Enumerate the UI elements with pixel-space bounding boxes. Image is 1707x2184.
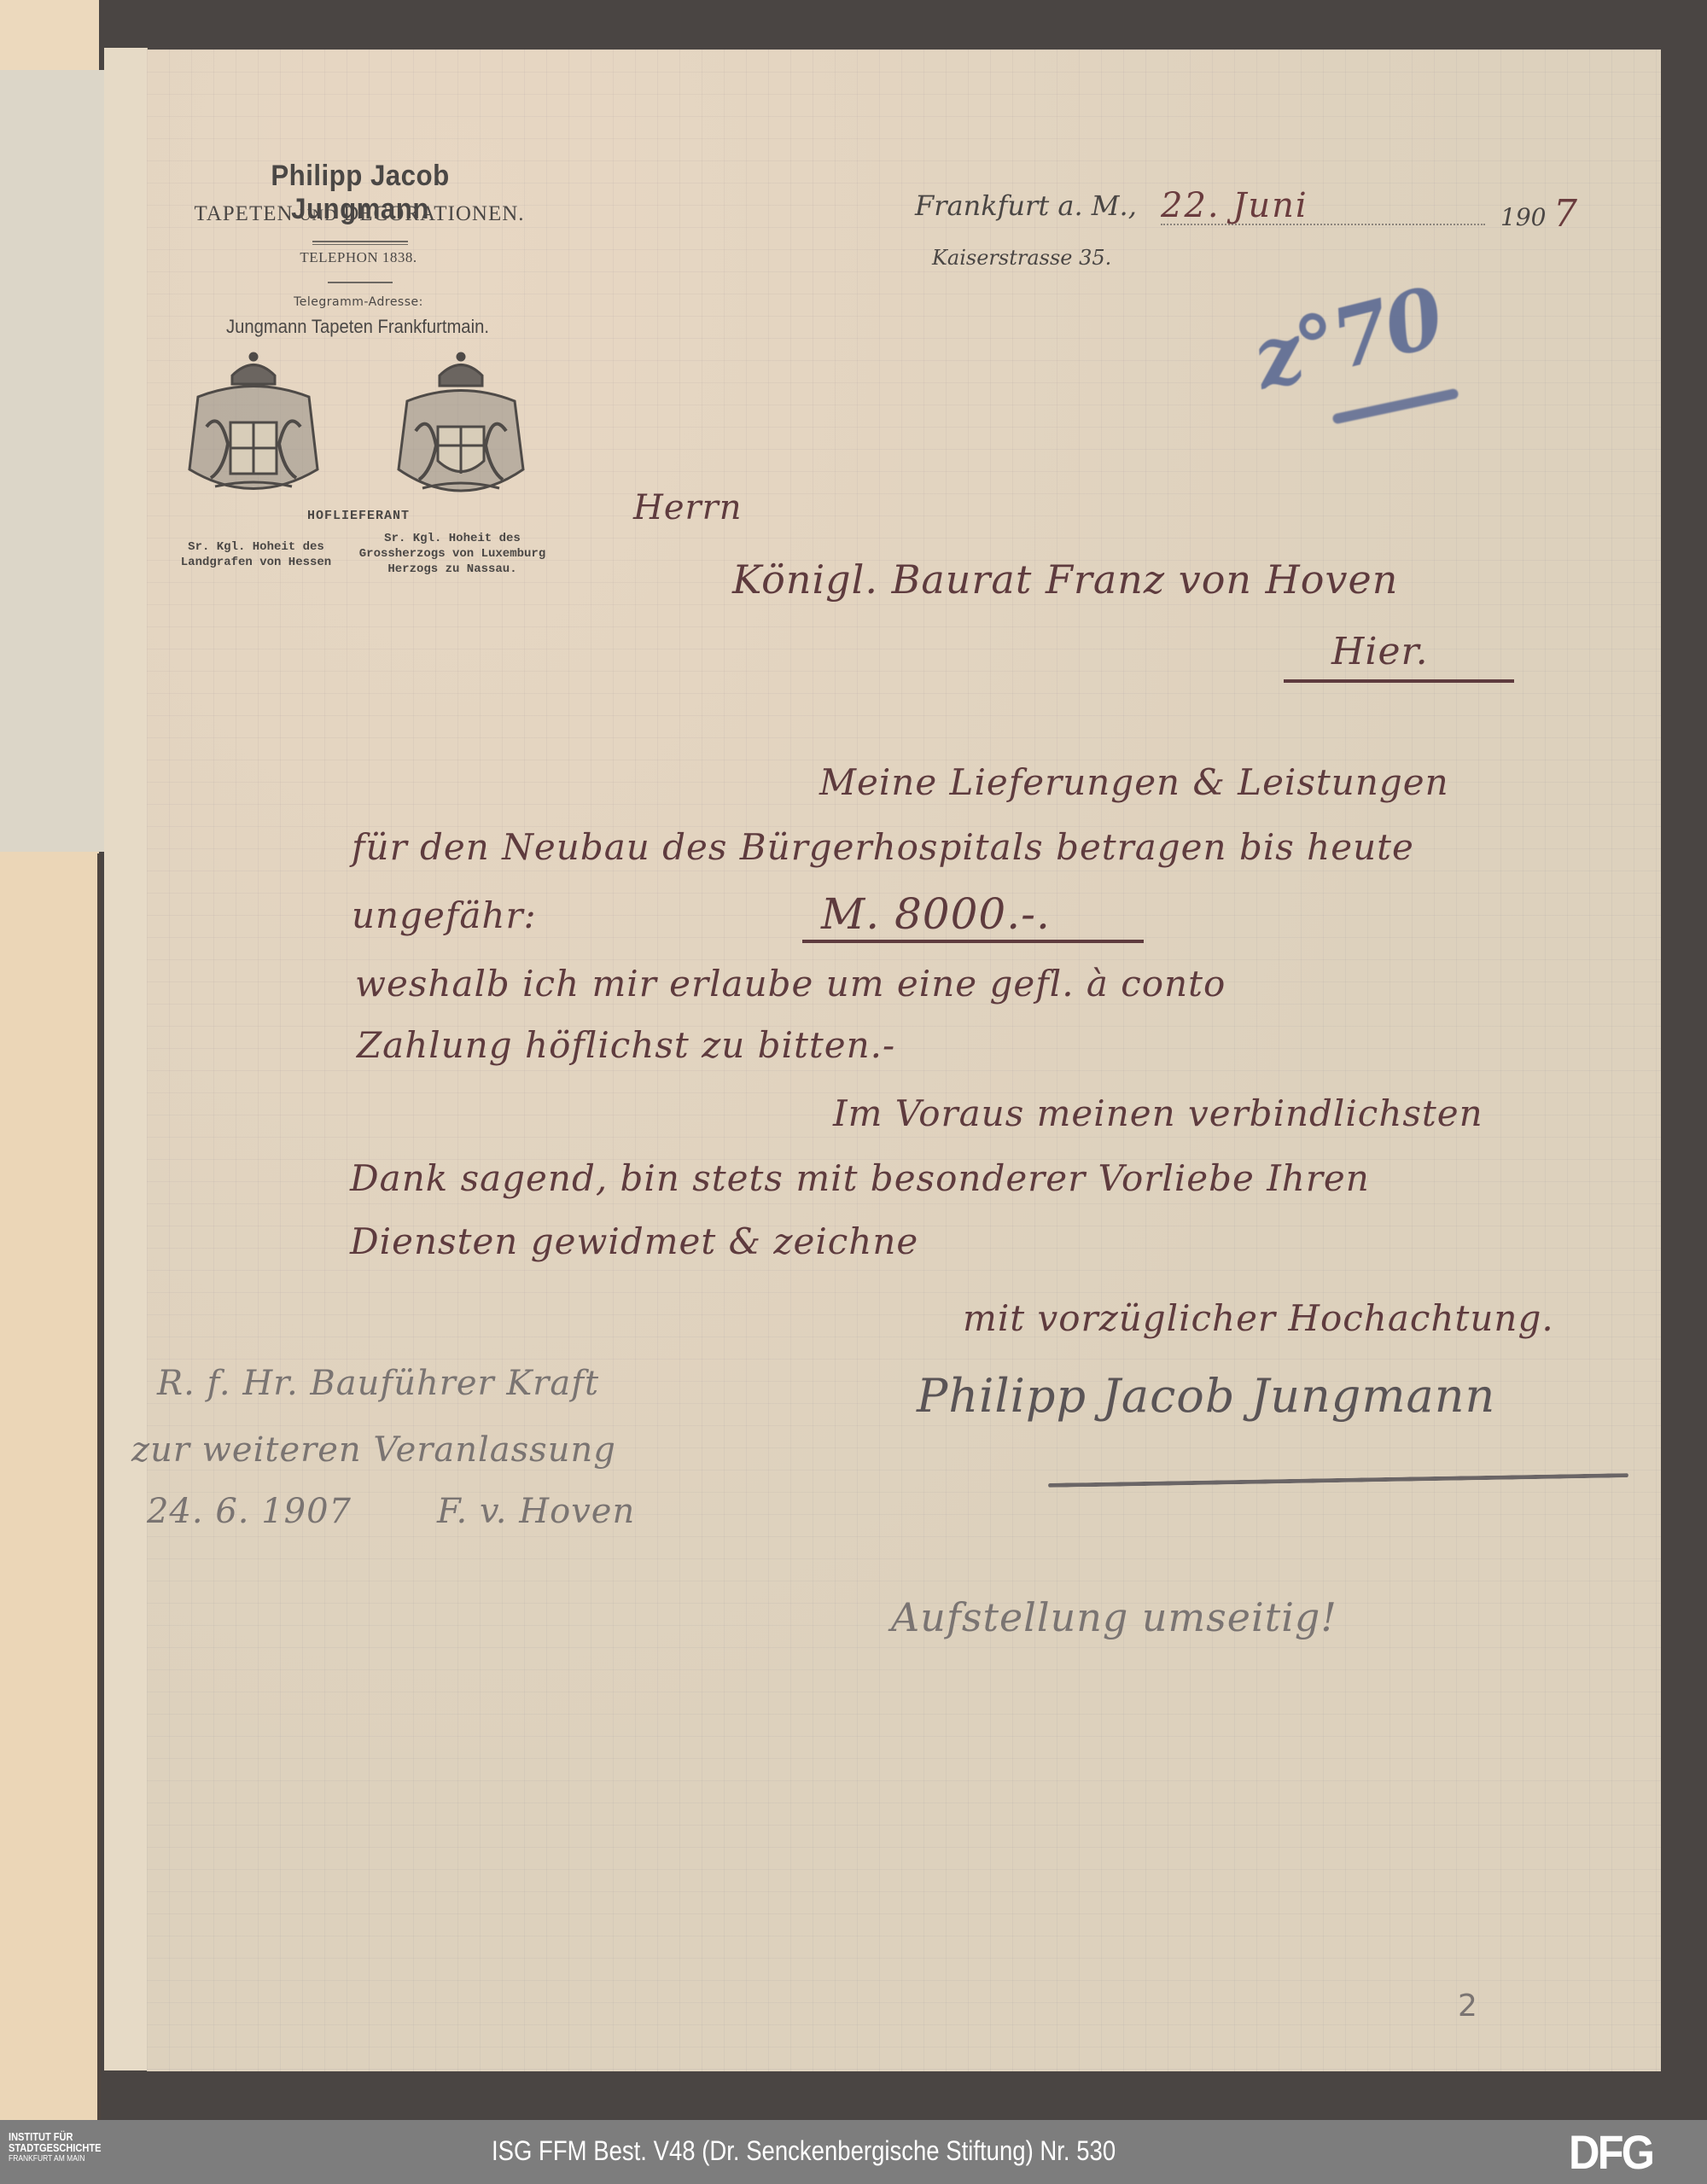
trade-line: TAPETEN UND DECORATIONEN. bbox=[159, 202, 560, 226]
appointment-left: Sr. Kgl. Hoheit des Landgrafen von Hesse… bbox=[162, 539, 350, 570]
trade-line-und: UND bbox=[300, 207, 337, 224]
recipient-underline bbox=[1284, 679, 1514, 683]
closing: mit vorzüglicher Hochachtung. bbox=[963, 1297, 1554, 1339]
letterhead-rule-2 bbox=[328, 282, 393, 283]
pencil-note-line-1: R. f. Hr. Bauführer Kraft bbox=[157, 1364, 599, 1403]
body-line-2: für den Neubau des Bürgerhospitals betra… bbox=[352, 826, 1414, 868]
body-line-8: Diensten gewidmet & zeichne bbox=[350, 1220, 918, 1262]
place-printed: Frankfurt a. M., bbox=[915, 189, 1137, 222]
coat-of-arms-hessen-icon bbox=[181, 350, 326, 504]
pencil-note-line-2: zur weiteren Veranlassung bbox=[131, 1430, 616, 1470]
trade-line-2: DECORATIONEN. bbox=[343, 202, 524, 225]
body-line-5: Zahlung höflichst zu bitten.- bbox=[357, 1024, 895, 1066]
page-number: 2 bbox=[1458, 1989, 1478, 2024]
letterhead-rule-1b bbox=[312, 244, 408, 245]
trade-line-1: TAPETEN bbox=[194, 202, 293, 225]
signature: Philipp Jacob Jungmann bbox=[917, 1369, 1495, 1423]
year-printed: 190 bbox=[1500, 203, 1546, 231]
year-handwritten: 7 bbox=[1553, 192, 1577, 236]
telegram-address: Jungmann Tapeten Frankfurtmain. bbox=[196, 316, 518, 338]
recipient-location: Hier. bbox=[1331, 630, 1429, 673]
amount-underline bbox=[802, 940, 1144, 943]
street-address: Kaiserstrasse 35. bbox=[932, 246, 1111, 270]
archive-reference-title: ISG FFM Best. V48 (Dr. Senckenbergische … bbox=[492, 2135, 1116, 2167]
dfg-logo-icon: DFG bbox=[1569, 2129, 1652, 2176]
date-handwritten: 22. Juni bbox=[1161, 186, 1308, 225]
coat-of-arms-luxemburg-nassau-icon bbox=[388, 350, 533, 504]
paper-margin-strip bbox=[104, 48, 148, 2070]
appointment-right-line-1: Sr. Kgl. Hoheit des bbox=[350, 531, 555, 546]
underlying-sheet-top bbox=[0, 0, 99, 70]
recipient-name: Königl. Baurat Franz von Hoven bbox=[732, 556, 1398, 603]
appointment-right-line-2: Grossherzogs von Luxemburg bbox=[350, 546, 555, 562]
underlying-sheet-bottom bbox=[0, 852, 99, 2120]
body-line-1: Meine Lieferungen & Leistungen bbox=[819, 761, 1449, 803]
body-line-6: Im Voraus meinen verbindlichsten bbox=[833, 1092, 1483, 1134]
pencil-note-initials: F. v. Hoven bbox=[437, 1492, 635, 1531]
recipient-salutation: Herrn bbox=[633, 488, 743, 527]
telegram-label: Telegramm-Adresse: bbox=[222, 295, 495, 309]
underlying-sheet-gray bbox=[0, 70, 106, 852]
institution-logo: INSTITUT FÜR STADTGESCHICHTE FRANKFURT A… bbox=[9, 2131, 101, 2164]
appointment-left-line-1: Sr. Kgl. Hoheit des bbox=[162, 539, 350, 555]
appointment-left-line-2: Landgrafen von Hessen bbox=[162, 555, 350, 570]
pencil-note-date: 24. 6. 1907 bbox=[147, 1492, 352, 1531]
telephone: TELEPHON 1838. bbox=[256, 249, 461, 266]
body-line-3: ungefähr: bbox=[352, 894, 537, 936]
court-supplier-label: HOFLIEFERANT bbox=[282, 509, 435, 523]
institution-line-3: FRANKFURT AM MAIN bbox=[9, 2153, 101, 2164]
letterhead-rule-1 bbox=[312, 241, 408, 242]
body-line-4: weshalb ich mir erlaube um eine gefl. à … bbox=[355, 963, 1226, 1005]
amount: M. 8000.-. bbox=[821, 889, 1051, 939]
binding-edge bbox=[97, 853, 101, 2120]
institution-line-2: STADTGESCHICHTE bbox=[9, 2142, 101, 2153]
appointment-right-line-3: Herzogs zu Nassau. bbox=[350, 562, 555, 577]
appointment-right: Sr. Kgl. Hoheit des Grossherzogs von Lux… bbox=[350, 531, 555, 577]
bottom-annotation: Aufstellung umseitig! bbox=[891, 1594, 1337, 1640]
body-line-7: Dank sagend, bin stets mit besonderer Vo… bbox=[350, 1157, 1370, 1199]
